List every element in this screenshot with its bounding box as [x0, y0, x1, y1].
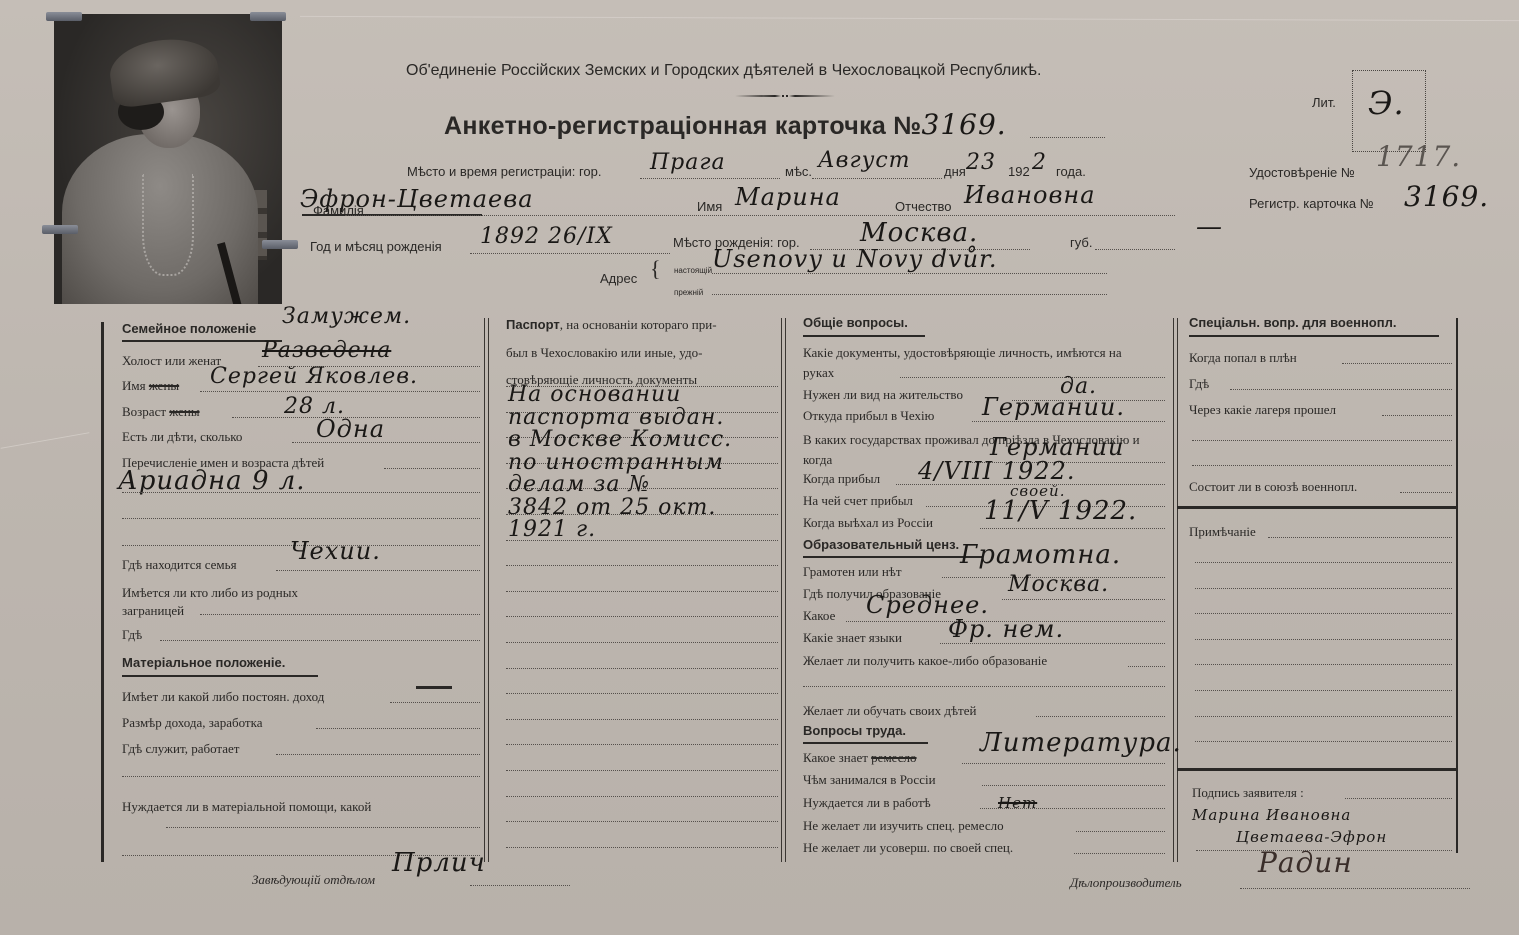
family-row-label: Холост или женат — [122, 354, 221, 368]
education-row-label: Какіе знает языки — [803, 631, 902, 645]
heading-underline — [1189, 335, 1439, 337]
address-previous-label: прежній — [674, 286, 703, 300]
family-row-label: Имя жены — [122, 379, 179, 393]
field-line — [1195, 639, 1452, 640]
material-row-value-dash — [416, 686, 452, 689]
notes-label: Примѣчаніе — [1189, 525, 1256, 539]
field-line — [122, 518, 480, 519]
passport-handwritten-line: На основании — [508, 384, 681, 406]
passport-handwritten-line: 1921 г. — [508, 519, 596, 541]
card-title-text: Анкетно-регистраціонная карточка № — [444, 112, 922, 140]
first-name-value: Марина — [735, 186, 841, 208]
education-row-label: Желает ли получить какое-либо образовані… — [803, 654, 1047, 668]
passport-line-2: был в Чехословакію или иные, удо- — [506, 346, 702, 360]
field-line — [122, 776, 480, 777]
ornament-divider-icon — [735, 94, 835, 98]
birth-date-label: Год и мѣсяц рожденія — [310, 240, 442, 254]
field-line — [1195, 664, 1452, 665]
photo-corner-clip — [46, 12, 82, 21]
field-line — [506, 591, 778, 592]
field-line — [506, 616, 778, 617]
labour-heading: Вопросы труда. — [803, 724, 906, 738]
education-row-value: Грамотна. — [960, 544, 1121, 566]
gubernia-label: губ. — [1070, 236, 1092, 250]
general-row-label: На чей счет прибыл — [803, 494, 913, 508]
education-row-value: Фр. нем. — [948, 618, 1064, 640]
field-line — [1230, 389, 1452, 390]
card-number: 3169. — [922, 108, 1007, 141]
address-current-value: Usenovy u Novy dvůr. — [712, 248, 998, 270]
registration-month-label: мѣс. — [785, 165, 812, 179]
passport-handwritten-line: по иностранным — [508, 452, 724, 474]
department-head-signature: Прлич — [392, 852, 486, 874]
registration-year-prefix: 192 — [1008, 165, 1030, 179]
general-row-value: Германии. — [982, 396, 1125, 418]
struck-word: жены — [149, 378, 179, 393]
card-title: Анкетно-регистраціонная карточка №3169. — [444, 112, 1007, 141]
reg-card-number: 3169. — [1404, 186, 1489, 208]
column-border — [1456, 318, 1458, 853]
photo-corner-clip — [250, 12, 286, 21]
registration-day-label: дня — [944, 165, 966, 179]
gubernia-value: — — [1196, 216, 1223, 238]
education-row-label: Какое — [803, 609, 835, 623]
field-line — [506, 770, 778, 771]
general-row-label: Когда прибыл — [803, 472, 880, 486]
column-border — [785, 318, 786, 862]
labour-row-label: Не желает ли усоверш. по своей спец. — [803, 841, 1013, 855]
material-row-label: Нуждается ли в матеріальной помощи, како… — [122, 798, 422, 815]
field-line — [1195, 562, 1452, 563]
certificate-number: 1717. — [1376, 146, 1461, 168]
birthplace-value: Москва. — [860, 222, 978, 244]
military-row-label: Когда попал в плѣн — [1189, 351, 1297, 365]
field-line — [160, 640, 480, 641]
field-line — [276, 754, 480, 755]
heading-underline — [803, 556, 983, 558]
first-name-label: Имя — [697, 200, 722, 214]
family-row-value: Чехии. — [290, 540, 381, 562]
field-line — [1240, 888, 1470, 889]
education-heading: Образовательный ценз. — [803, 538, 959, 552]
family-row-label: Возраст жены — [122, 405, 200, 419]
general-heading: Общіе вопросы. — [803, 316, 908, 330]
education-row-value: Среднее. — [866, 594, 989, 616]
field-line — [1002, 599, 1165, 600]
field-line — [470, 253, 670, 254]
family-row-value: Сергей Яковлев. — [210, 366, 418, 388]
material-row-label: Имѣет ли какой либо постоян. доход — [122, 690, 324, 704]
field-line — [506, 668, 778, 669]
field-line — [166, 827, 480, 828]
passport-heading-bold: Паспорт — [506, 317, 560, 332]
field-line — [1192, 465, 1452, 466]
column-border — [781, 318, 782, 862]
registration-day: 23 — [966, 152, 996, 174]
paper-crease — [1, 432, 90, 449]
address-label: Адрес — [600, 272, 637, 286]
general-row-label: Откуда прибыл в Чехію — [803, 409, 934, 423]
military-heading: Спеціальн. вопр. для военнопл. — [1189, 316, 1396, 330]
general-row-label: Когда выѣхал из Россіи — [803, 516, 933, 530]
field-line — [1195, 588, 1452, 589]
paper-crease — [300, 16, 1519, 21]
passport-handwritten-line: делам за № — [508, 474, 650, 496]
certificate-label: Удостовѣреніе № — [1249, 166, 1355, 180]
field-line — [316, 728, 480, 729]
education-row-label: Желает ли обучать своих дѣтей — [803, 704, 976, 718]
field-line — [122, 492, 480, 493]
passport-heading-rest: , на основаніи котораго при- — [560, 317, 717, 332]
surname-value: Эфрон-Цветаева — [300, 188, 534, 210]
general-row-value: 11/V 1922. — [984, 500, 1137, 522]
field-line — [506, 719, 778, 720]
military-row-label: Состоит ли в союзѣ военнопл. — [1189, 480, 1357, 494]
field-line — [345, 215, 1175, 216]
registration-place-label: Мѣсто и время регистраціи: гор. — [407, 165, 602, 179]
passport-heading: Паспорт, на основаніи котораго при- — [506, 318, 717, 332]
lit-value: Э. — [1368, 92, 1405, 114]
field-line — [276, 570, 480, 571]
field-line — [972, 421, 1165, 422]
field-line — [506, 744, 778, 745]
field-line — [803, 686, 1165, 687]
organization-name: Об'единеніе Россійских Земских и Городск… — [406, 62, 1041, 80]
lit-label: Лит. — [1312, 96, 1336, 110]
column-border — [101, 322, 104, 862]
material-row-label: Гдѣ служит, работает — [122, 742, 239, 756]
field-line — [900, 377, 1165, 378]
field-line — [1195, 716, 1452, 717]
applicant-signature-line-1: Марина Ивановна — [1192, 804, 1351, 826]
address-brace-icon: { — [650, 262, 661, 276]
field-line — [506, 821, 778, 822]
field-line — [1074, 853, 1165, 854]
clerk-label: Дѣлопроизводитель — [1070, 876, 1182, 890]
family-heading: Семейное положеніе — [122, 322, 256, 336]
general-row-value: Германии — [990, 436, 1124, 458]
labour-row-label: Чѣм занимался в Россіи — [803, 773, 936, 787]
field-line — [940, 643, 1165, 644]
heading-underline — [122, 675, 318, 677]
family-row-value: Одна — [316, 418, 385, 440]
field-line — [506, 796, 778, 797]
section-divider — [1177, 506, 1456, 509]
passport-handwritten-line: 3842 от 25 окт. — [508, 497, 716, 519]
labour-row-label: Какое знает ремесло — [803, 751, 917, 765]
field-line — [1195, 690, 1452, 691]
field-line — [1128, 666, 1165, 667]
field-line — [200, 614, 480, 615]
heading-underline — [803, 742, 928, 744]
labour-row-value: Нет — [998, 792, 1037, 814]
registration-year-label: года. — [1056, 165, 1086, 179]
field-line — [470, 885, 570, 886]
photo-corner-clip — [262, 240, 298, 249]
field-line — [506, 642, 778, 643]
labour-row-label: Не желает ли изучить спец. ремесло — [803, 819, 1004, 833]
field-line — [1400, 492, 1452, 493]
field-line — [712, 294, 1107, 295]
field-line — [1036, 716, 1165, 717]
field-line — [1195, 613, 1452, 614]
education-row-label: Грамотен или нѣт — [803, 565, 902, 579]
birth-date-value: 1892 26/IX — [480, 226, 613, 248]
heading-underline — [803, 335, 925, 337]
clerk-signature: Радин — [1258, 852, 1353, 874]
registration-city: Прага — [650, 152, 726, 174]
general-row-label: Нужен ли вид на жительство — [803, 388, 963, 402]
field-line — [640, 178, 780, 179]
field-line — [200, 391, 480, 392]
field-line — [1192, 440, 1452, 441]
field-line — [712, 273, 1107, 274]
department-head-label: Завѣдующій отдѣлом — [252, 873, 375, 887]
struck-word: жены — [169, 404, 199, 419]
field-line — [1342, 363, 1452, 364]
field-line — [506, 693, 778, 694]
patronymic-label: Отчество — [895, 200, 952, 214]
passport-handwritten-line: в Москве Комисс. — [508, 429, 732, 451]
labour-row-label: Нуждается ли в работѣ — [803, 796, 931, 810]
field-line — [506, 565, 778, 566]
field-line — [384, 468, 480, 469]
registration-card: Об'единеніе Россійских Земских и Городск… — [0, 0, 1519, 935]
military-row-label: Через какіе лагеря прошел — [1189, 403, 1336, 417]
photo-corner-clip — [42, 225, 78, 234]
column-border — [484, 318, 485, 862]
field-line — [1382, 415, 1452, 416]
field-line — [1095, 249, 1175, 250]
registration-year-suffix: 2 — [1032, 152, 1047, 174]
field-line — [1195, 741, 1452, 742]
section-divider — [1177, 768, 1456, 771]
column-border — [1177, 318, 1178, 862]
field-line — [390, 702, 480, 703]
column-border — [1173, 318, 1174, 862]
family-row-value: Разведена — [262, 340, 391, 362]
field-line — [506, 847, 778, 848]
education-row-value: Москва. — [1008, 574, 1109, 596]
field-line — [982, 785, 1165, 786]
registration-month: Август — [818, 150, 911, 172]
patronymic-value: Ивановна — [964, 184, 1096, 206]
passport-handwritten-line: паспорта выдан. — [508, 407, 724, 429]
field-line — [1076, 831, 1165, 832]
field-line — [980, 528, 1165, 529]
general-row-value: 4/VIII 1922. — [918, 460, 1075, 482]
family-row-value: Ариадна 9 л. — [118, 470, 306, 492]
field-line — [1268, 537, 1452, 538]
heading-underline — [122, 340, 282, 342]
field-line — [812, 178, 942, 179]
material-row-label: Размѣр дохода, заработка — [122, 716, 262, 730]
family-status-value: Замужем. — [282, 306, 411, 328]
reg-card-label: Регистр. карточка № — [1249, 197, 1374, 211]
struck-word: ремесло — [871, 750, 916, 765]
family-row-label: Есть ли дѣти, сколько — [122, 430, 242, 444]
labour-row-value: Литература. — [980, 732, 1182, 754]
field-line — [962, 763, 1165, 764]
column-border — [488, 318, 489, 862]
material-heading: Матеріальное положеніе. — [122, 656, 285, 670]
family-row-label: Гдѣ находится семья — [122, 558, 237, 572]
family-row-label: Гдѣ — [122, 628, 142, 642]
field-line — [1345, 798, 1452, 799]
military-row-label: Гдѣ — [1189, 377, 1209, 391]
applicant-signature-line-2: Цветаева-Эфрон — [1236, 826, 1387, 848]
address-current-label: настоящій — [674, 264, 712, 278]
applicant-photo — [54, 14, 282, 304]
applicant-signature-label: Подпись заявителя : — [1192, 786, 1304, 800]
field-line — [1030, 137, 1105, 138]
